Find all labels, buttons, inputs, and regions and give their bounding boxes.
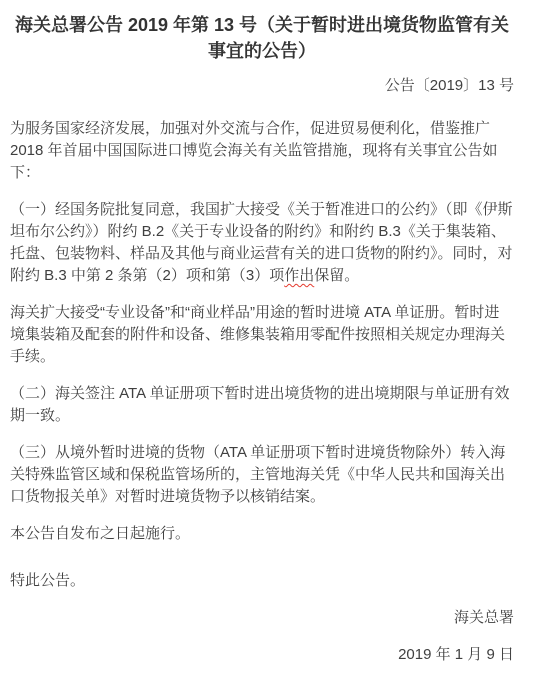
doc-number: 公告〔2019〕13 号 xyxy=(10,75,514,97)
ata-acceptance-paragraph: 海关扩大接受“专业设备”和“商业样品”用途的暂时进境 ATA 单证册。暂时进境集… xyxy=(10,302,514,368)
clause-3-paragraph: （三）从境外暂时进境的货物（ATA 单证册项下暂时进境货物除外）转入海关特殊监管… xyxy=(10,442,514,508)
closing-paragraph: 特此公告。 xyxy=(10,570,514,592)
effective-date-paragraph: 本公告自发布之日起施行。 xyxy=(10,523,514,545)
announcement-document: 海关总署公告 2019 年第 13 号（关于暂时进出境货物监管有关事宜的公告） … xyxy=(0,0,535,697)
clause-2-paragraph: （二）海关签注 ATA 单证册项下暂时进出境货物的进出境期限与单证册有效期一致。 xyxy=(10,383,514,427)
spellcheck-marked-word: 作出 xyxy=(284,267,314,284)
signature-date: 2019 年 1 月 9 日 xyxy=(10,644,514,666)
page-title: 海关总署公告 2019 年第 13 号（关于暂时进出境货物监管有关事宜的公告） xyxy=(10,12,514,64)
intro-paragraph: 为服务国家经济发展，加强对外交流与合作，促进贸易便利化，借鉴推广 2018 年首… xyxy=(10,118,514,184)
clause-1-paragraph: （一）经国务院批复同意，我国扩大接受《关于暂准进口的公约》（即《伊斯坦布尔公约》… xyxy=(10,199,514,287)
signature-org: 海关总署 xyxy=(10,607,514,629)
clause-1-text-before: （一）经国务院批复同意，我国扩大接受《关于暂准进口的公约》（即《伊斯坦布尔公约》… xyxy=(10,201,513,284)
clause-1-text-after: 保留。 xyxy=(314,267,359,284)
